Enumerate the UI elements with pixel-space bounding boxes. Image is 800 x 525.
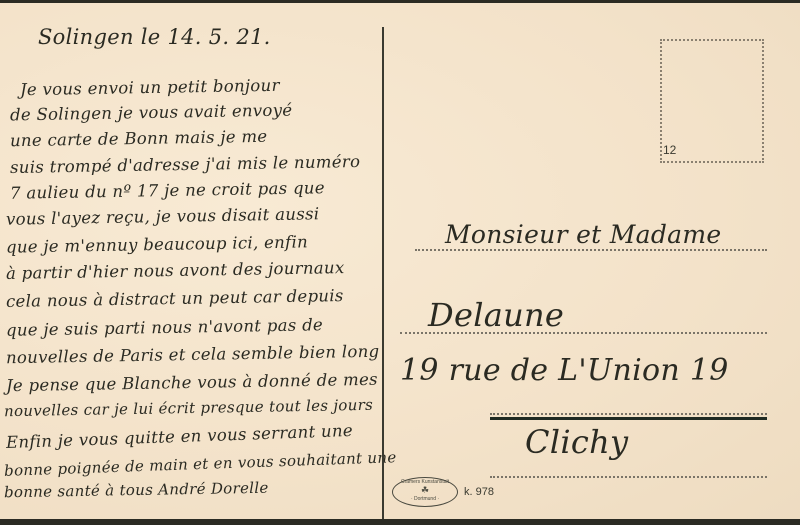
publisher-city: · Dortmund · — [393, 495, 457, 503]
place-date: Solingen le 14. 5. 21. — [38, 25, 271, 49]
message-line: nouvelles car je lui écrit presque tout … — [4, 396, 373, 420]
message-line: que je m'ennuy beaucoup ici, enfin — [6, 232, 308, 256]
message-line: nouvelles de Paris et cela semble bien l… — [6, 342, 380, 368]
postcard-back: Solingen le 14. 5. 21. Je vous envoi un … — [0, 3, 800, 519]
clover-icon: ☘ — [393, 486, 457, 495]
message-line: que je suis parti nous n'avont pas de — [6, 315, 323, 340]
address-dotted-line — [415, 249, 767, 251]
message-line: Je vous envoi un petit bonjour — [20, 76, 280, 100]
message-line: bonne poignée de main et en vous souhait… — [4, 448, 397, 480]
address-city: Clichy — [525, 423, 628, 461]
publisher-stamp: Cramers Kunstanstalt ☘ · Dortmund · — [392, 477, 458, 507]
address-solid-rule — [490, 417, 767, 420]
card-code: k. 978 — [464, 486, 494, 498]
message-line: à partir d'hier nous avont des journaux — [6, 258, 345, 283]
message-line: 7 aulieu du nº 17 je ne croit pas que — [10, 178, 325, 202]
address-street: 19 rue de L'Union 19 — [400, 353, 729, 388]
message-line: Enfin je vous quitte en vous serrant une — [6, 421, 353, 452]
message-line: Je pense que Blanche vous à donné de mes — [6, 370, 378, 395]
vertical-divider — [382, 27, 384, 519]
address-dotted-line — [490, 413, 767, 415]
message-line: bonne santé à tous André Dorelle — [4, 479, 269, 502]
message-line: vous l'ayez reçu, je vous disait aussi — [6, 204, 320, 228]
message-line: suis trompé d'adresse j'ai mis le numéro — [10, 152, 361, 177]
addressee-name: Delaune — [428, 296, 564, 334]
message-line: de Solingen je vous avait envoyé — [10, 101, 293, 125]
message-line: une carte de Bonn mais je me — [10, 127, 268, 150]
stamp-area-number: 12 — [663, 143, 676, 157]
message-line: cela nous à distract un peut car depuis — [6, 286, 344, 311]
address-dotted-line — [490, 476, 767, 478]
addressee-title: Monsieur et Madame — [445, 220, 721, 249]
